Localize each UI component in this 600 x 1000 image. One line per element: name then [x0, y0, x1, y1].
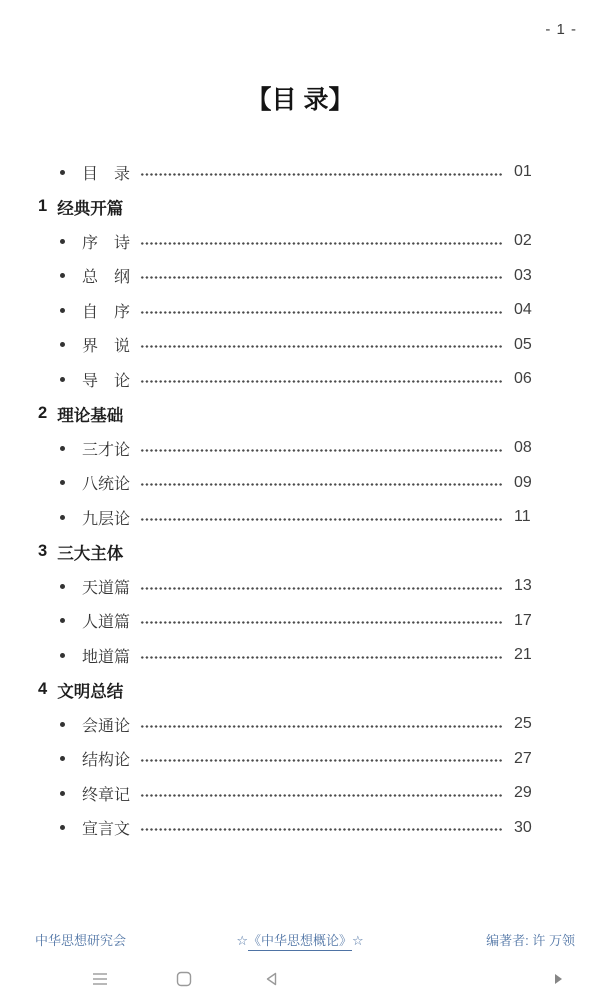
toc-entry-page: 06 — [514, 370, 542, 388]
toc-entry-page: 29 — [514, 784, 542, 802]
home-button[interactable] — [170, 967, 198, 995]
toc-entry: 地道篇 21 — [0, 638, 600, 673]
section-label: 文明总结 — [57, 678, 123, 702]
footer-author: 编著者: 许 万领 — [486, 933, 575, 949]
table-of-contents: 目 录 01 1 经典开篇 序 诗 02 总 纲 03 自 序 04 — [0, 155, 600, 845]
toc-entry-page: 04 — [514, 301, 542, 319]
document-page: - 1 - 【目 录】 目 录 01 1 经典开篇 序 诗 02 总 纲 03 — [0, 0, 600, 1000]
toc-entry-label: 结构论 — [82, 747, 130, 770]
section-number: 3 — [38, 542, 47, 561]
toc-entry-page: 01 — [514, 163, 542, 181]
toc-entry-label: 天道篇 — [82, 575, 130, 598]
star-icon: ☆ — [352, 933, 364, 948]
toc-entry-label: 宣言文 — [82, 816, 130, 839]
toc-section-header: 1 经典开篇 — [0, 190, 600, 225]
bullet-icon — [60, 584, 65, 589]
section-label: 理论基础 — [57, 402, 123, 426]
bullet-icon — [60, 446, 65, 451]
toc-entry-label: 八统论 — [82, 471, 130, 494]
toc-entry: 结构论 27 — [0, 742, 600, 777]
bullet-icon — [60, 825, 65, 830]
bullet-icon — [60, 273, 65, 278]
bullet-icon — [60, 308, 65, 313]
bullet-icon — [60, 377, 65, 382]
bullet-icon — [60, 515, 65, 520]
dot-leader — [140, 621, 502, 624]
forward-button[interactable] — [544, 967, 572, 995]
toc-entry: 序 诗 02 — [0, 224, 600, 259]
toc-section-header: 4 文明总结 — [0, 673, 600, 708]
dot-leader — [140, 725, 502, 728]
toc-entry: 八统论 09 — [0, 466, 600, 501]
toc-entry-label: 会通论 — [82, 713, 130, 736]
toc-entry-label: 总 纲 — [82, 264, 130, 287]
toc-section-header: 2 理论基础 — [0, 397, 600, 432]
toc-entry: 界 说 05 — [0, 328, 600, 363]
toc-entry: 总 纲 03 — [0, 259, 600, 294]
bullet-icon — [60, 653, 65, 658]
toc-entry-page: 05 — [514, 336, 542, 354]
star-icon: ☆ — [236, 933, 248, 948]
bullet-icon — [60, 170, 65, 175]
system-navigation-bar — [0, 960, 600, 1000]
dot-leader — [140, 276, 502, 279]
toc-entry-page: 21 — [514, 646, 542, 664]
page-footer: 中华思想研究会 ☆《中华思想概论》☆ 编著者: 许 万领 — [0, 933, 600, 951]
toc-entry-label: 终章记 — [82, 782, 130, 805]
back-triangle-icon — [262, 969, 282, 994]
toc-entry-page: 17 — [514, 612, 542, 630]
toc-entry-page: 09 — [514, 474, 542, 492]
toc-entry-page: 27 — [514, 750, 542, 768]
forward-filled-triangle-icon — [550, 971, 566, 992]
toc-entry: 天道篇 13 — [0, 569, 600, 604]
toc-entry-label: 目 录 — [82, 161, 130, 184]
bullet-icon — [60, 791, 65, 796]
bullet-icon — [60, 722, 65, 727]
bullet-icon — [60, 756, 65, 761]
bullet-icon — [60, 342, 65, 347]
toc-entry: 九层论 11 — [0, 500, 600, 535]
bullet-icon — [60, 480, 65, 485]
dot-leader — [140, 242, 502, 245]
page-title: 【目 录】 — [0, 85, 600, 115]
dot-leader — [140, 656, 502, 659]
dot-leader — [140, 518, 502, 521]
bullet-icon — [60, 239, 65, 244]
toc-entry-label: 导 论 — [82, 368, 130, 391]
toc-entry: 导 论 06 — [0, 362, 600, 397]
section-number: 4 — [38, 680, 47, 699]
dot-leader — [140, 828, 502, 831]
toc-entry: 会通论 25 — [0, 707, 600, 742]
toc-entry: 目 录 01 — [0, 155, 600, 190]
toc-entry-label: 序 诗 — [82, 230, 130, 253]
page-number-header: - 1 - — [545, 21, 577, 38]
section-label: 经典开篇 — [57, 195, 123, 219]
menu-button[interactable] — [86, 967, 114, 995]
dot-leader — [140, 759, 502, 762]
toc-entry-label: 界 说 — [82, 333, 130, 356]
dot-leader — [140, 311, 502, 314]
dot-leader — [140, 173, 502, 176]
section-number: 1 — [38, 197, 47, 216]
footer-book-title-link[interactable]: 《中华思想概论》 — [248, 933, 352, 951]
dot-leader — [140, 345, 502, 348]
toc-entry: 终章记 29 — [0, 776, 600, 811]
dot-leader — [140, 794, 502, 797]
toc-entry-page: 30 — [514, 819, 542, 837]
dot-leader — [140, 380, 502, 383]
bullet-icon — [60, 618, 65, 623]
rounded-square-home-icon — [174, 969, 194, 994]
toc-entry-page: 13 — [514, 577, 542, 595]
hamburger-menu-icon — [90, 969, 110, 994]
toc-entry-label: 三才论 — [82, 437, 130, 460]
back-button[interactable] — [258, 967, 286, 995]
toc-entry-label: 人道篇 — [82, 609, 130, 632]
section-number: 2 — [38, 404, 47, 423]
toc-entry: 自 序 04 — [0, 293, 600, 328]
toc-entry-page: 03 — [514, 267, 542, 285]
toc-entry-label: 地道篇 — [82, 644, 130, 667]
toc-entry: 人道篇 17 — [0, 604, 600, 639]
toc-entry-page: 02 — [514, 232, 542, 250]
section-label: 三大主体 — [57, 540, 123, 564]
toc-entry-page: 08 — [514, 439, 542, 457]
toc-entry-label: 自 序 — [82, 299, 130, 322]
toc-entry-label: 九层论 — [82, 506, 130, 529]
toc-entry: 宣言文 30 — [0, 811, 600, 846]
toc-entry: 三才论 08 — [0, 431, 600, 466]
toc-entry-page: 11 — [514, 508, 542, 526]
dot-leader — [140, 587, 502, 590]
toc-entry-page: 25 — [514, 715, 542, 733]
dot-leader — [140, 483, 502, 486]
dot-leader — [140, 449, 502, 452]
toc-section-header: 3 三大主体 — [0, 535, 600, 570]
